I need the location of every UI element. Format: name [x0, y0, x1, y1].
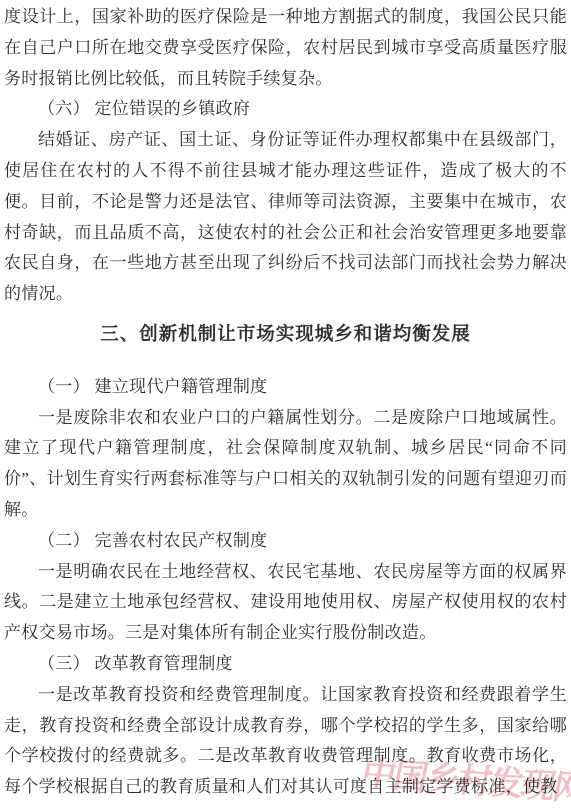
subheading-three-education-management: （三） 改革教育管理制度 [4, 649, 567, 680]
subheading-two-property-rights: （二） 完善农村农民产权制度 [4, 526, 567, 557]
paragraph-certificates-justice-resources: 结婚证、房产证、国土证、身份证等证件办理权都集中在县级部门，使居住在农村的人不得… [4, 125, 567, 310]
paragraph-property-rights-reform: 一是明确农民在土地经营权、农民宅基地、农民房屋等方面的权属界线。二是建立土地承包… [4, 557, 567, 649]
document-page: 中国乡村发现网 度设计上，国家补助的医疗保险是一种地方割据式的制度，我国公民只能… [0, 0, 571, 810]
document-content: 度设计上，国家补助的医疗保险是一种地方割据式的制度，我国公民只能在自己户口所在地… [0, 0, 571, 803]
subheading-six-township-government: （六） 定位错误的乡镇政府 [4, 94, 567, 125]
subheading-one-household-registration: （一） 建立现代户籍管理制度 [4, 372, 567, 403]
paragraph-medical-insurance-continued: 度设计上，国家补助的医疗保险是一种地方割据式的制度，我国公民只能在自己户口所在地… [4, 2, 567, 94]
paragraph-education-reform: 一是改革教育投资和经费管理制度。让国家教育投资和经费跟着学生走，教育投资和经费全… [4, 680, 567, 803]
paragraph-household-registration-reform: 一是废除非农和农业户口的户籍属性划分。二是废除户口地域属性。建立了现代户籍管理制… [4, 403, 567, 526]
section-heading-three-innovation-mechanism: 三、创新机制让市场实现城乡和谐均衡发展 [4, 320, 567, 351]
